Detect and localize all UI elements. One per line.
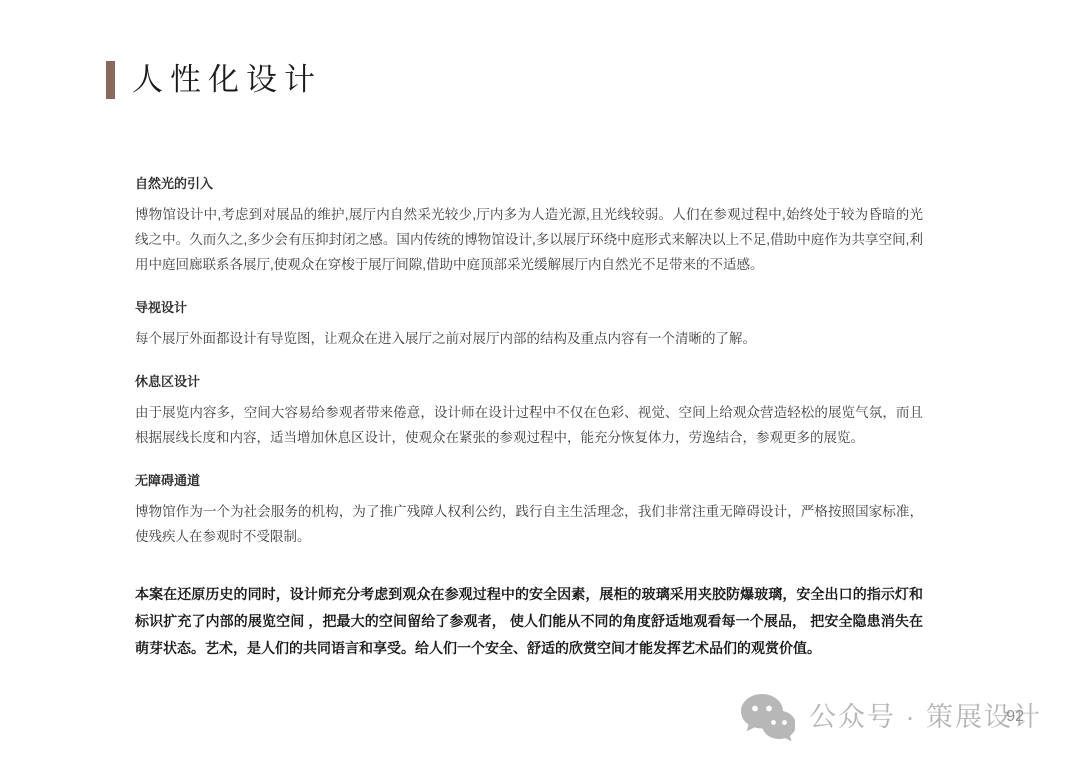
section-body: 博物馆作为一个为社会服务的机构，为了推广残障人权利公约，践行自主生活理念，我们非… xyxy=(135,499,923,549)
page-number: 92 xyxy=(1006,708,1024,726)
section-heading: 自然光的引入 xyxy=(135,176,923,192)
section-body: 每个展厅外面都设计有导览图，让观众在进入展厅之前对展厅内部的结构及重点内容有一个… xyxy=(135,326,923,351)
section-body: 博物馆设计中,考虑到对展品的维护,展厅内自然采光较少,厅内多为人造光源,且光线较… xyxy=(135,202,923,277)
wechat-icon xyxy=(739,692,795,742)
closing-paragraph: 本案在还原历史的同时，设计师充分考虑到观众在参观过程中的安全因素，展柜的玻璃采用… xyxy=(135,581,923,662)
section-heading: 无障碍通道 xyxy=(135,473,923,489)
section-natural-light: 自然光的引入 博物馆设计中,考虑到对展品的维护,展厅内自然采光较少,厅内多为人造… xyxy=(135,176,923,277)
section-accessibility: 无障碍通道 博物馆作为一个为社会服务的机构，为了推广残障人权利公约，践行自主生活… xyxy=(135,473,923,549)
slide-header: 人性化设计 xyxy=(106,60,322,100)
page-title: 人性化设计 xyxy=(132,60,322,100)
footer-watermark: 公众号 · 策展设计 xyxy=(739,692,1042,742)
section-heading: 导视设计 xyxy=(135,300,923,316)
slide-content: 自然光的引入 博物馆设计中,考虑到对展品的维护,展厅内自然采光较少,厅内多为人造… xyxy=(135,176,923,662)
section-rest-area: 休息区设计 由于展览内容多，空间大容易给参观者带来倦意，设计师在设计过程中不仅在… xyxy=(135,374,923,450)
title-accent-bar xyxy=(106,61,115,99)
section-heading: 休息区设计 xyxy=(135,374,923,390)
section-body: 由于展览内容多，空间大容易给参观者带来倦意，设计师在设计过程中不仅在色彩、视觉、… xyxy=(135,400,923,450)
section-wayfinding: 导视设计 每个展厅外面都设计有导览图，让观众在进入展厅之前对展厅内部的结构及重点… xyxy=(135,300,923,351)
